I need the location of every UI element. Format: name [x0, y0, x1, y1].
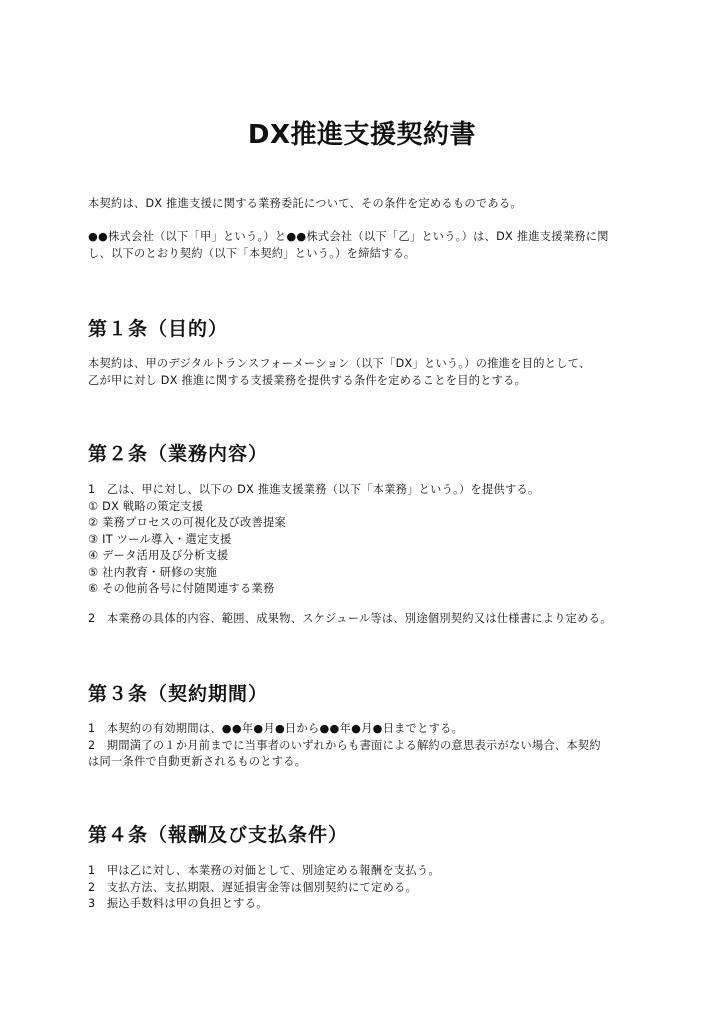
document-title: DX推進支援契約書 — [0, 118, 724, 152]
preamble: 本契約は、DX 推進支援に関する業務委託について、その条件を定めるものである。 — [88, 196, 648, 213]
article-line: 3 振込手数料は甲の負担とする。 — [88, 896, 648, 913]
article-4: 第４条（報酬及び支払条件） — [88, 822, 648, 848]
article-4-body: 1 甲は乙に対し、本業務の対価として、別途定める報酬を支払う。 2 支払方法、支… — [88, 863, 648, 913]
article-line: 2 期間満了の１か月前までに当事者のいずれからも書面による解約の意思表示がない場… — [88, 738, 648, 755]
article-line: 1 乙は、甲に対し、以下の DX 推進支援業務（以下「本業務」という。）を提供す… — [88, 482, 648, 499]
list-item: ⑥ その他前各号に付随関連する業務 — [88, 581, 648, 598]
article-heading: 第２条（業務内容） — [88, 441, 648, 467]
article-line: 2 支払方法、支払期限、遅延損害金等は個別契約にて定める。 — [88, 880, 648, 897]
article-2-body: 1 乙は、甲に対し、以下の DX 推進支援業務（以下「本業務」という。）を提供す… — [88, 482, 648, 598]
article-2-clause-2: 2 本業務の具体的内容、範囲、成果物、スケジュール等は、別途個別契約又は仕様書に… — [88, 611, 648, 628]
article-3-body: 1 本契約の有効期間は、●●年●月●日から●●年●月●日までとする。 2 期間満… — [88, 721, 648, 771]
article-line: 乙が甲に対し DX 推進に関する支援業務を提供する条件を定めることを目的とする。 — [88, 373, 648, 390]
article-line: 1 甲は乙に対し、本業務の対価として、別途定める報酬を支払う。 — [88, 863, 648, 880]
article-line: 本契約は、甲のデジタルトランスフォーメーション（以下「DX」という。）の推進を目… — [88, 356, 648, 373]
list-item: ② 業務プロセスの可視化及び改善提案 — [88, 515, 648, 532]
list-item: ⑤ 社内教育・研修の実施 — [88, 565, 648, 582]
article-line: 1 本契約の有効期間は、●●年●月●日から●●年●月●日までとする。 — [88, 721, 648, 738]
article-heading: 第４条（報酬及び支払条件） — [88, 822, 648, 848]
document-page: DX推進支援契約書 本契約は、DX 推進支援に関する業務委託について、その条件を… — [0, 0, 724, 1024]
list-item: ③ IT ツール導入・選定支援 — [88, 532, 648, 549]
preamble-line: 本契約は、DX 推進支援に関する業務委託について、その条件を定めるものである。 — [88, 196, 648, 213]
article-heading: 第１条（目的） — [88, 316, 648, 342]
article-1-body: 本契約は、甲のデジタルトランスフォーメーション（以下「DX」という。）の推進を目… — [88, 356, 648, 389]
article-2: 第２条（業務内容） — [88, 441, 648, 467]
article-3: 第３条（契約期間） — [88, 681, 648, 707]
preamble-line: ●●株式会社（以下「甲」という。）と●●株式会社（以下「乙」という。）は、DX … — [88, 229, 648, 246]
preamble-parties: ●●株式会社（以下「甲」という。）と●●株式会社（以下「乙」という。）は、DX … — [88, 229, 648, 262]
article-line: 2 本業務の具体的内容、範囲、成果物、スケジュール等は、別途個別契約又は仕様書に… — [88, 611, 648, 628]
list-item: ① DX 戦略の策定支援 — [88, 499, 648, 516]
list-item: ④ データ活用及び分析支援 — [88, 548, 648, 565]
article-heading: 第３条（契約期間） — [88, 681, 648, 707]
preamble-line: し、以下のとおり契約（以下「本契約」という。）を締結する。 — [88, 246, 648, 263]
article-1: 第１条（目的） — [88, 316, 648, 342]
article-line: は同一条件で自動更新されるものとする。 — [88, 754, 648, 771]
